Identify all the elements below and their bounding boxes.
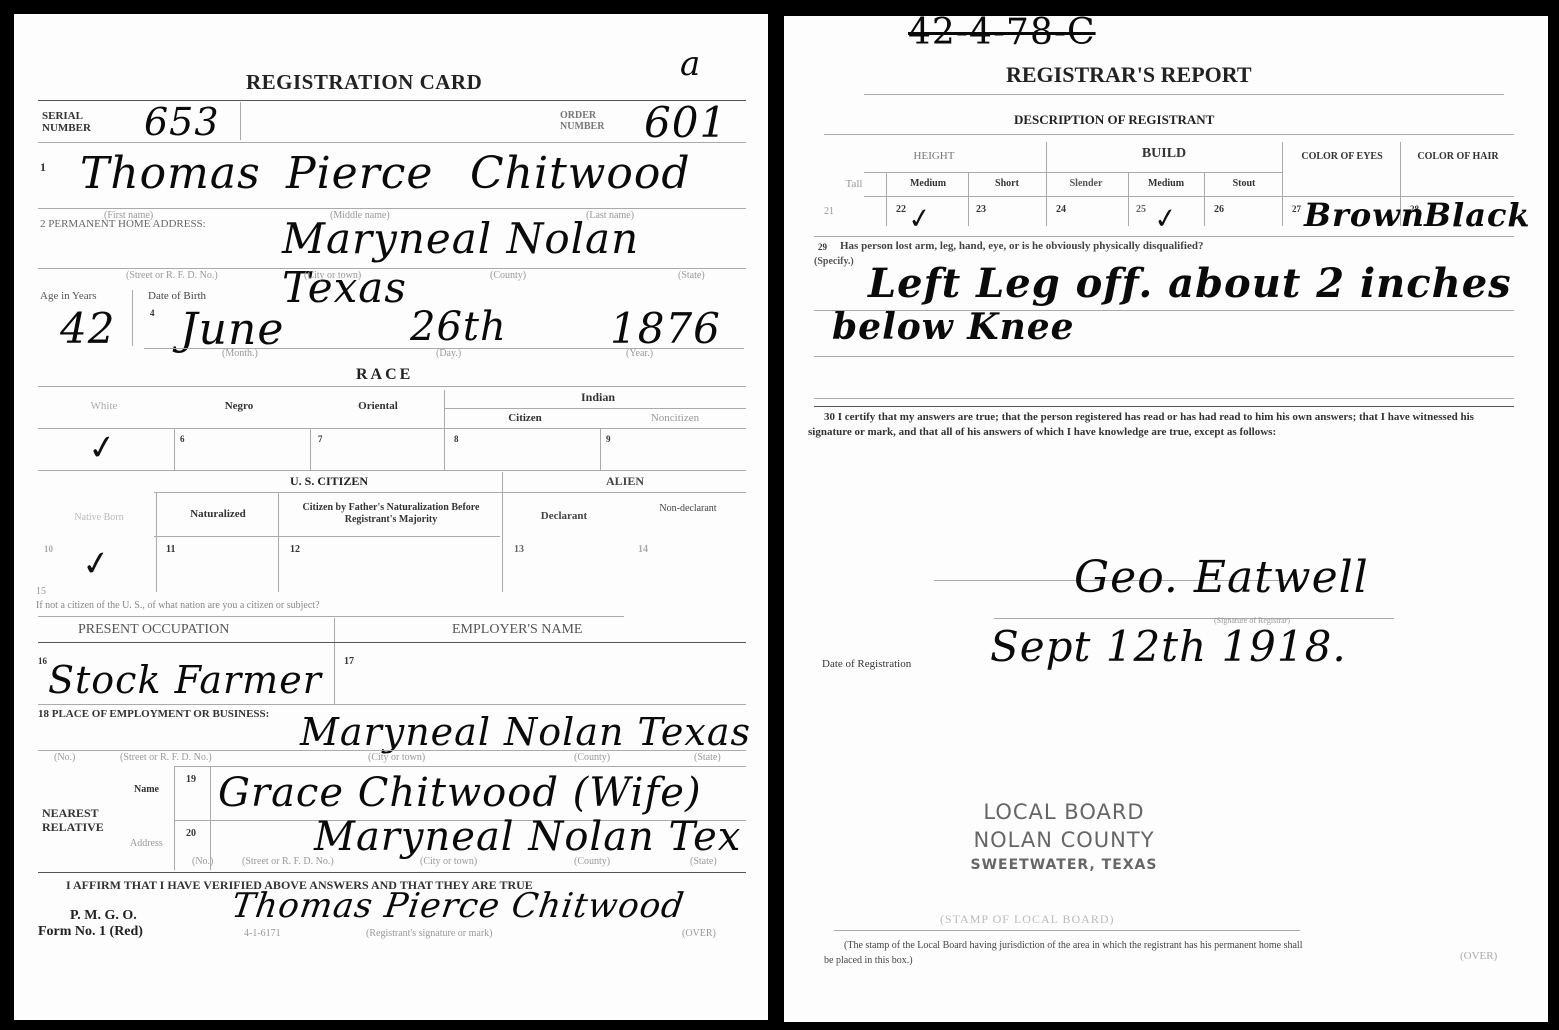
us-citizen-title: U. S. CITIZEN xyxy=(164,474,494,489)
field-number: 24 xyxy=(1056,204,1066,215)
q29-answer-line1: Left Leg off. about 2 inches xyxy=(868,260,1512,307)
registration-card: REGISTRATION CARD a SERIAL NUMBER 653 OR… xyxy=(14,14,768,1020)
registrant-middle-name: Pierce xyxy=(286,148,433,199)
eyes-label: COLOR OF EYES xyxy=(1284,150,1400,164)
age-label: Age in Years xyxy=(40,290,97,302)
build-medium-checkmark-icon: ✓ xyxy=(1152,201,1180,237)
field-number: 14 xyxy=(638,544,648,555)
caption: (County) xyxy=(574,752,610,763)
registration-date: Sept 12th 1918. xyxy=(990,622,1347,671)
race-white-checkmark-icon: ✓ xyxy=(85,426,119,470)
form-number: Form No. 1 (Red) xyxy=(38,924,143,940)
relative-address-label: Address xyxy=(130,838,163,849)
q15-question: If not a citizen of the U. S., of what n… xyxy=(36,600,320,611)
field-number: 12 xyxy=(290,544,300,555)
race-col-oriental: Oriental xyxy=(310,400,446,412)
home-address: Maryneal Nolan Texas xyxy=(282,214,768,312)
field-number: 21 xyxy=(824,206,834,217)
registrant-last-name: Chitwood xyxy=(470,148,691,199)
alien-col-nondeclarant: Non-declarant xyxy=(630,502,746,516)
field-number: 6 xyxy=(180,434,185,444)
field-number: 25 xyxy=(1136,204,1146,215)
occupation-label: PRESENT OCCUPATION xyxy=(78,622,229,638)
race-title: RACE xyxy=(356,366,413,384)
caption: (No.) xyxy=(54,752,75,763)
height-col-short: Short xyxy=(970,178,1044,189)
home-address-label: 2 PERMANENT HOME ADDRESS: xyxy=(40,218,206,230)
eye-color: Brown xyxy=(1304,196,1425,234)
caption: (Street or R. F. D. No.) xyxy=(126,270,218,281)
serial-number-label: SERIAL NUMBER xyxy=(42,110,102,134)
field-number: 7 xyxy=(318,434,323,444)
stamp-line: SWEETWATER, TEXAS xyxy=(944,854,1184,876)
field-number: 22 xyxy=(896,204,906,215)
age-value: 42 xyxy=(60,304,115,353)
field-number: 26 xyxy=(1214,204,1224,215)
local-board-stamp: LOCAL BOARD NOLAN COUNTY SWEETWATER, TEX… xyxy=(944,798,1184,876)
caption: (City or town) xyxy=(304,270,361,281)
caption: (Street or R. F. D. No.) xyxy=(242,856,334,867)
signature-caption: (Registrant's signature or mark) xyxy=(366,928,493,939)
build-label: BUILD xyxy=(1046,146,1282,162)
field-number: 11 xyxy=(166,544,175,555)
card-title: REGISTRATION CARD xyxy=(246,70,482,95)
field-number: 15 xyxy=(36,586,46,597)
q30-certification: 30 I certify that my answers are true; t… xyxy=(808,410,1518,440)
caption: (County) xyxy=(490,270,526,281)
caption: (State) xyxy=(690,856,717,867)
relative-address: Maryneal Nolan Tex xyxy=(314,814,741,860)
place-of-employment: Maryneal Nolan Texas xyxy=(300,710,751,754)
field-number: 20 xyxy=(186,828,196,839)
alien-title: ALIEN xyxy=(504,474,746,489)
report-title: REGISTRAR'S REPORT xyxy=(1006,62,1252,88)
order-number-label: ORDER NUMBER xyxy=(560,110,620,132)
caption: (State) xyxy=(694,752,721,763)
native-born-checkmark-icon: ✓ xyxy=(79,542,113,586)
build-col-medium: Medium xyxy=(1128,178,1204,189)
serial-number: 653 xyxy=(144,100,220,144)
occupation-value: Stock Farmer xyxy=(48,658,322,702)
employer-label: EMPLOYER'S NAME xyxy=(452,622,582,638)
field-number: 19 xyxy=(186,774,196,785)
caption: (State) xyxy=(678,270,705,281)
registration-date-label: Date of Registration xyxy=(822,658,911,670)
hair-color: Black xyxy=(1424,196,1531,234)
alien-col-declarant: Declarant xyxy=(504,510,624,522)
place-of-employment-label: 18 PLACE OF EMPLOYMENT OR BUSINESS: xyxy=(38,708,269,720)
registrant-signature: Thomas Pierce Chitwood xyxy=(229,886,687,926)
build-col-slender: Slender xyxy=(1046,178,1126,189)
race-col-indian: Indian xyxy=(450,390,746,405)
hair-label: COLOR OF HAIR xyxy=(1402,150,1514,164)
height-col-tall: Tall xyxy=(824,178,884,190)
over-label: (OVER) xyxy=(1460,950,1497,962)
registrars-report-card: 42-4-78-C REGISTRAR'S REPORT DESCRIPTION… xyxy=(784,16,1548,1022)
field-number: 4 xyxy=(150,308,155,318)
dob-label: Date of Birth xyxy=(148,290,206,302)
caption: (Street or R. F. D. No.) xyxy=(120,752,212,763)
race-col-indian-noncitizen: Noncitizen xyxy=(604,412,746,424)
race-col-indian-citizen: Citizen xyxy=(450,412,600,424)
dob-day: 26th xyxy=(410,304,507,350)
field-number: 1 xyxy=(40,160,46,175)
corner-mark: a xyxy=(680,44,701,84)
caption: (County) xyxy=(574,856,610,867)
form-code: 4-1-6171 xyxy=(244,928,281,939)
build-col-stout: Stout xyxy=(1206,178,1282,189)
citizen-col-native: Native Born xyxy=(44,512,154,523)
relative-name: Grace Chitwood (Wife) xyxy=(218,770,702,816)
caption: (No.) xyxy=(192,856,213,867)
race-col-white: White xyxy=(44,400,164,412)
race-col-negro: Negro xyxy=(174,400,304,412)
field-number: 17 xyxy=(344,656,354,667)
file-number: 42-4-78-C xyxy=(908,12,1096,53)
registrant-first-name: Thomas xyxy=(80,148,261,199)
height-label: HEIGHT xyxy=(824,150,1044,162)
caption: (Year.) xyxy=(626,348,653,359)
stamp-note: (The stamp of the Local Board having jur… xyxy=(824,938,1304,968)
caption: (Day.) xyxy=(436,348,461,359)
citizen-col-naturalized: Naturalized xyxy=(158,508,278,520)
stamp-line: NOLAN COUNTY xyxy=(944,826,1184,854)
description-subtitle: DESCRIPTION OF REGISTRANT xyxy=(1014,112,1214,128)
form-id: P. M. G. O. xyxy=(70,908,137,924)
height-col-medium: Medium xyxy=(888,178,968,189)
nearest-relative-label: NEAREST RELATIVE xyxy=(42,806,132,834)
caption: (City or town) xyxy=(368,752,425,763)
citizen-col-father: Citizen by Father's Naturalization Befor… xyxy=(284,502,498,526)
over-label: (OVER) xyxy=(682,928,716,939)
field-number: 13 xyxy=(514,544,524,555)
stamp-line: LOCAL BOARD xyxy=(944,798,1184,826)
order-number: 601 xyxy=(644,98,727,147)
field-number: 27 xyxy=(1292,204,1301,214)
q29-specify-label: (Specify.) xyxy=(814,256,854,267)
relative-name-label: Name xyxy=(134,784,159,795)
field-number: 23 xyxy=(976,204,986,215)
field-number: 8 xyxy=(454,434,459,444)
field-number: 10 xyxy=(44,544,53,554)
dob-year: 1876 xyxy=(610,304,721,353)
height-medium-checkmark-icon: ✓ xyxy=(906,201,934,237)
field-number: 30 xyxy=(824,411,835,423)
q30-text: I certify that my answers are true; that… xyxy=(808,411,1474,438)
q29-question: Has person lost arm, leg, hand, eye, or … xyxy=(840,240,1203,252)
caption: (Month.) xyxy=(222,348,258,359)
field-number: 9 xyxy=(606,434,611,444)
registrar-signature: Geo. Eatwell xyxy=(1074,552,1369,603)
stamp-caption: (STAMP OF LOCAL BOARD) xyxy=(940,912,1115,927)
field-number: 16 xyxy=(38,656,47,666)
q29-answer-line2: below Knee xyxy=(832,306,1075,348)
field-number: 29 xyxy=(818,242,827,252)
caption: (City or town) xyxy=(420,856,477,867)
